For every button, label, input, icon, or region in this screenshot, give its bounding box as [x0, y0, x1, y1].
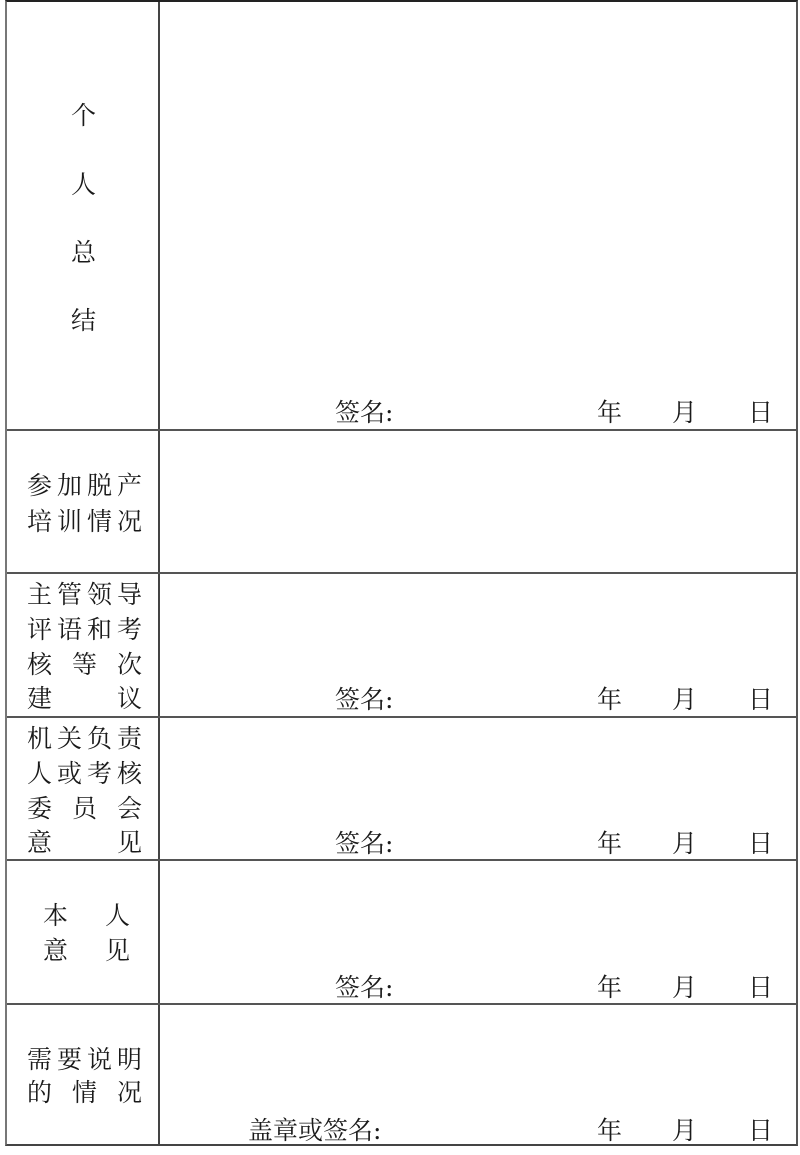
row-supervisor-comments: 主 管 领 导 评 语 和 考 核 等 次 建 议 签名: 年: [7, 574, 796, 718]
label-char: 个: [7, 103, 160, 128]
label-char: 人: [105, 903, 130, 928]
label-cell-supervisor-comments: 主 管 领 导 评 语 和 考 核 等 次 建 议: [7, 574, 160, 716]
label-char: 加: [57, 473, 82, 498]
label-char: 机: [27, 726, 52, 751]
label-char: 议: [117, 686, 142, 711]
label-char: 考: [87, 761, 112, 786]
label-line: 意 见: [7, 938, 160, 963]
label-char: 需: [27, 1047, 52, 1072]
date-month-label: 月: [672, 1118, 697, 1143]
label-char: 会: [117, 796, 142, 821]
label-char: 负: [87, 726, 112, 751]
label-char: 训: [57, 509, 82, 534]
row-personal-summary: 个 人 总 结 签名: 年 月 日: [7, 2, 796, 431]
label-char: 参: [27, 473, 52, 498]
row-own-opinion: 本 人 意 见 签名: 年 月 日: [7, 861, 796, 1005]
label-char: 要: [57, 1047, 82, 1072]
label-line: 本 人: [7, 903, 160, 928]
label-line: 建 议: [7, 686, 160, 711]
label-char: 况: [117, 509, 142, 534]
row-committee-opinion: 机 关 负 责 人 或 考 核 委 员 会 意 见 签名: 年: [7, 718, 796, 861]
date-month-label: 月: [672, 400, 697, 425]
label-char: 意: [43, 938, 68, 963]
seal-or-signature-label: 盖章或签名:: [248, 1118, 381, 1143]
label-cell-notes: 需 要 说 明 的 情 况: [7, 1005, 160, 1146]
label-cell-committee-opinion: 机 关 负 责 人 或 考 核 委 员 会 意 见: [7, 718, 160, 859]
label-char: 评: [27, 617, 52, 642]
label-char: 次: [117, 652, 142, 677]
label-char: 见: [105, 938, 130, 963]
label-char: 意: [27, 830, 52, 855]
label-char: 说: [87, 1047, 112, 1072]
label-char: 和: [87, 617, 112, 642]
label-char: 见: [117, 830, 142, 855]
date-day-label: 日: [748, 975, 773, 1000]
date-month-label: 月: [672, 975, 697, 1000]
date-year-label: 年: [597, 400, 622, 425]
label-line: 委 员 会: [7, 796, 160, 821]
personal-summary-field[interactable]: 签名: 年 月 日: [160, 2, 796, 429]
label-char: 导: [117, 582, 142, 607]
label-line: 主 管 领 导: [7, 582, 160, 607]
supervisor-comments-field[interactable]: 签名: 年 月 日: [160, 574, 796, 716]
date-year-label: 年: [597, 975, 622, 1000]
label-char: 管: [57, 582, 82, 607]
signature-label: 签名:: [335, 831, 393, 856]
label-char: 况: [117, 1080, 142, 1105]
label-char: 总: [7, 240, 160, 265]
signature-label: 签名:: [335, 687, 393, 712]
label-line: 参 加 脱 产: [7, 473, 160, 498]
date-year-label: 年: [597, 687, 622, 712]
label-line: 人 或 考 核: [7, 761, 160, 786]
label-char: 责: [117, 726, 142, 751]
row-notes: 需 要 说 明 的 情 况 盖章或签名: 年 月 日: [7, 1005, 796, 1146]
label-line: 核 等 次: [7, 652, 160, 677]
label-char: 建: [27, 686, 52, 711]
label-line: 意 见: [7, 830, 160, 855]
label-char: 人: [7, 172, 160, 197]
label-char: 委: [27, 796, 52, 821]
label-char: 核: [27, 652, 52, 677]
notes-field[interactable]: 盖章或签名: 年 月 日: [160, 1005, 796, 1146]
date-day-label: 日: [748, 687, 773, 712]
label-char: 主: [27, 582, 52, 607]
label-char: 的: [27, 1080, 52, 1105]
label-line: 的 情 况: [7, 1080, 160, 1105]
date-month-label: 月: [672, 687, 697, 712]
label-char: 结: [7, 308, 160, 333]
label-line: 机 关 负 责: [7, 726, 160, 751]
signature-label: 签名:: [335, 400, 393, 425]
date-day-label: 日: [748, 831, 773, 856]
label-char: 考: [117, 617, 142, 642]
label-char: 产: [117, 473, 142, 498]
label-cell-personal-summary: 个 人 总 结: [7, 2, 160, 429]
label-char: 情: [87, 509, 112, 534]
label-char: 人: [27, 761, 52, 786]
date-day-label: 日: [748, 1118, 773, 1143]
label-cell-training: 参 加 脱 产 培 训 情 况: [7, 431, 160, 572]
label-line: 评 语 和 考: [7, 617, 160, 642]
label-cell-own-opinion: 本 人 意 见: [7, 861, 160, 1003]
label-char: 关: [57, 726, 82, 751]
label-line: 培 训 情 况: [7, 509, 160, 534]
label-line: 需 要 说 明: [7, 1047, 160, 1072]
label-char: 培: [27, 509, 52, 534]
label-char: 核: [117, 761, 142, 786]
row-training: 参 加 脱 产 培 训 情 况: [7, 431, 796, 574]
date-year-label: 年: [597, 831, 622, 856]
committee-opinion-field[interactable]: 签名: 年 月 日: [160, 718, 796, 859]
date-year-label: 年: [597, 1118, 622, 1143]
date-day-label: 日: [748, 400, 773, 425]
label-char: 员: [72, 796, 97, 821]
label-char: 语: [57, 617, 82, 642]
label-char: 等: [72, 652, 97, 677]
date-month-label: 月: [672, 831, 697, 856]
label-char: 本: [43, 903, 68, 928]
own-opinion-field[interactable]: 签名: 年 月 日: [160, 861, 796, 1003]
label-char: 脱: [87, 473, 112, 498]
training-field[interactable]: [160, 431, 796, 572]
label-char: 明: [117, 1047, 142, 1072]
label-char: 或: [57, 761, 82, 786]
label-char: 情: [72, 1080, 97, 1105]
appraisal-form-table: 个 人 总 结 签名: 年 月 日 参 加 脱 产 培 训 情 况: [5, 0, 798, 1146]
signature-label: 签名:: [335, 975, 393, 1000]
label-char: 领: [87, 582, 112, 607]
